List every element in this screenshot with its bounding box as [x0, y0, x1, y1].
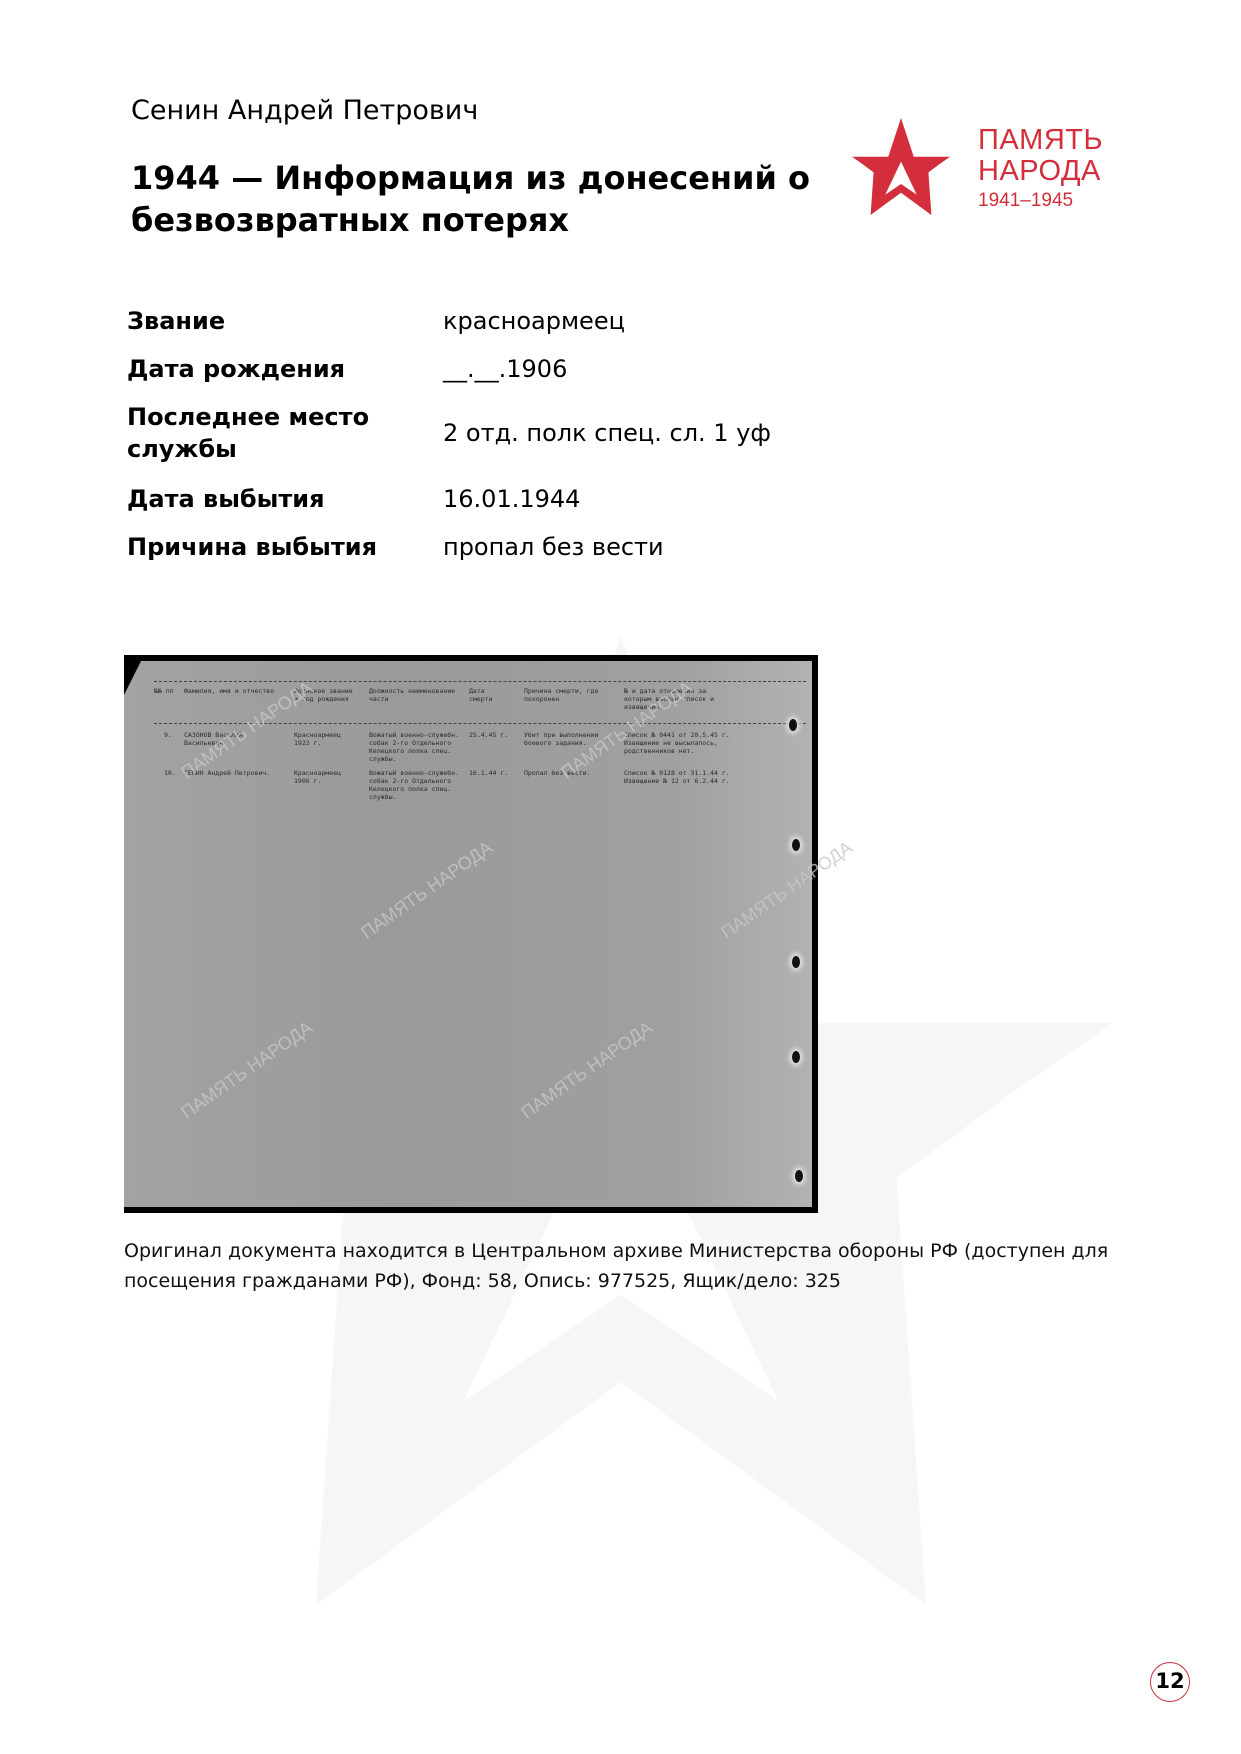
punch-hole [792, 1051, 800, 1063]
row-rank: Красноармеец 1922 г. [294, 731, 354, 747]
watermark-text: ПАМЯТЬ НАРОДА [178, 1018, 315, 1122]
punch-hole [792, 839, 800, 851]
watermark-text: ПАМЯТЬ НАРОДА [358, 838, 495, 942]
person-name: Сенин Андрей Петрович [131, 94, 478, 128]
watermark-text: ПАМЯТЬ НАРОДА [518, 1018, 655, 1122]
col-header-position: Должность наименование части [369, 687, 459, 703]
punch-hole [789, 719, 797, 731]
page-number: 12 [1150, 1662, 1190, 1702]
row-ref: Список № 0441 от 20.5.45 г. Извещение не… [624, 731, 736, 755]
field-value-rank: красноармеец [443, 305, 625, 337]
logo-title-line1: ПАМЯТЬ [978, 124, 1103, 156]
field-label-rank: Звание [127, 305, 417, 337]
row-date: 16.1.44 г. [469, 769, 514, 777]
col-header-date: Дата смерти [469, 687, 509, 703]
archive-source-caption: Оригинал документа находится в Центральн… [124, 1236, 1124, 1296]
punch-hole [795, 1170, 803, 1182]
field-label-departure-reason: Причина выбытия [127, 531, 417, 563]
field-label-birth-date: Дата рождения [127, 353, 417, 385]
row-date: 25.4.45 г. [469, 731, 514, 739]
table-rule [154, 681, 806, 682]
field-value-birth-date: __.__.1906 [443, 353, 567, 385]
punch-hole [792, 956, 800, 968]
scan-corner [124, 655, 144, 695]
col-header-cause: Причина смерти, где похоронен [524, 687, 619, 703]
archive-document-scan[interactable]: №№ пп Фамилия, имя и отчество Воинское з… [124, 655, 818, 1213]
red-star-icon [852, 118, 950, 215]
row-position: Вожатый военно-служебн. собак 2-го Отдел… [369, 769, 464, 801]
col-header-name: Фамилия, имя и отчество [184, 687, 274, 695]
row-ref: Список № 0128 от 31.1.44 г. Извещение № … [624, 769, 736, 785]
field-label-departure-date: Дата выбытия [127, 483, 417, 515]
field-label-last-service: Последнее место службы [127, 401, 417, 465]
page-title: 1944 — Информация из донесений о безвозв… [131, 157, 811, 241]
field-value-departure-date: 16.01.1944 [443, 483, 580, 515]
row-num: 9. [164, 731, 172, 739]
logo-years: 1941–1945 [978, 190, 1073, 212]
col-header-num: №№ пп [154, 687, 174, 695]
row-position: Вожатый военно-служебн. собак 2-го Отдел… [369, 731, 464, 763]
row-num: 10. [164, 769, 176, 777]
field-value-last-service: 2 отд. полк спец. сл. 1 уф [443, 417, 771, 449]
document-paper: №№ пп Фамилия, имя и отчество Воинское з… [124, 661, 812, 1207]
pamyat-naroda-logo: ПАМЯТЬ НАРОДА 1941–1945 [850, 116, 1130, 218]
row-rank: Красноармеец 1906 г. [294, 769, 354, 785]
logo-title-line2: НАРОДА [978, 155, 1101, 187]
field-value-departure-reason: пропал без вести [443, 531, 664, 563]
